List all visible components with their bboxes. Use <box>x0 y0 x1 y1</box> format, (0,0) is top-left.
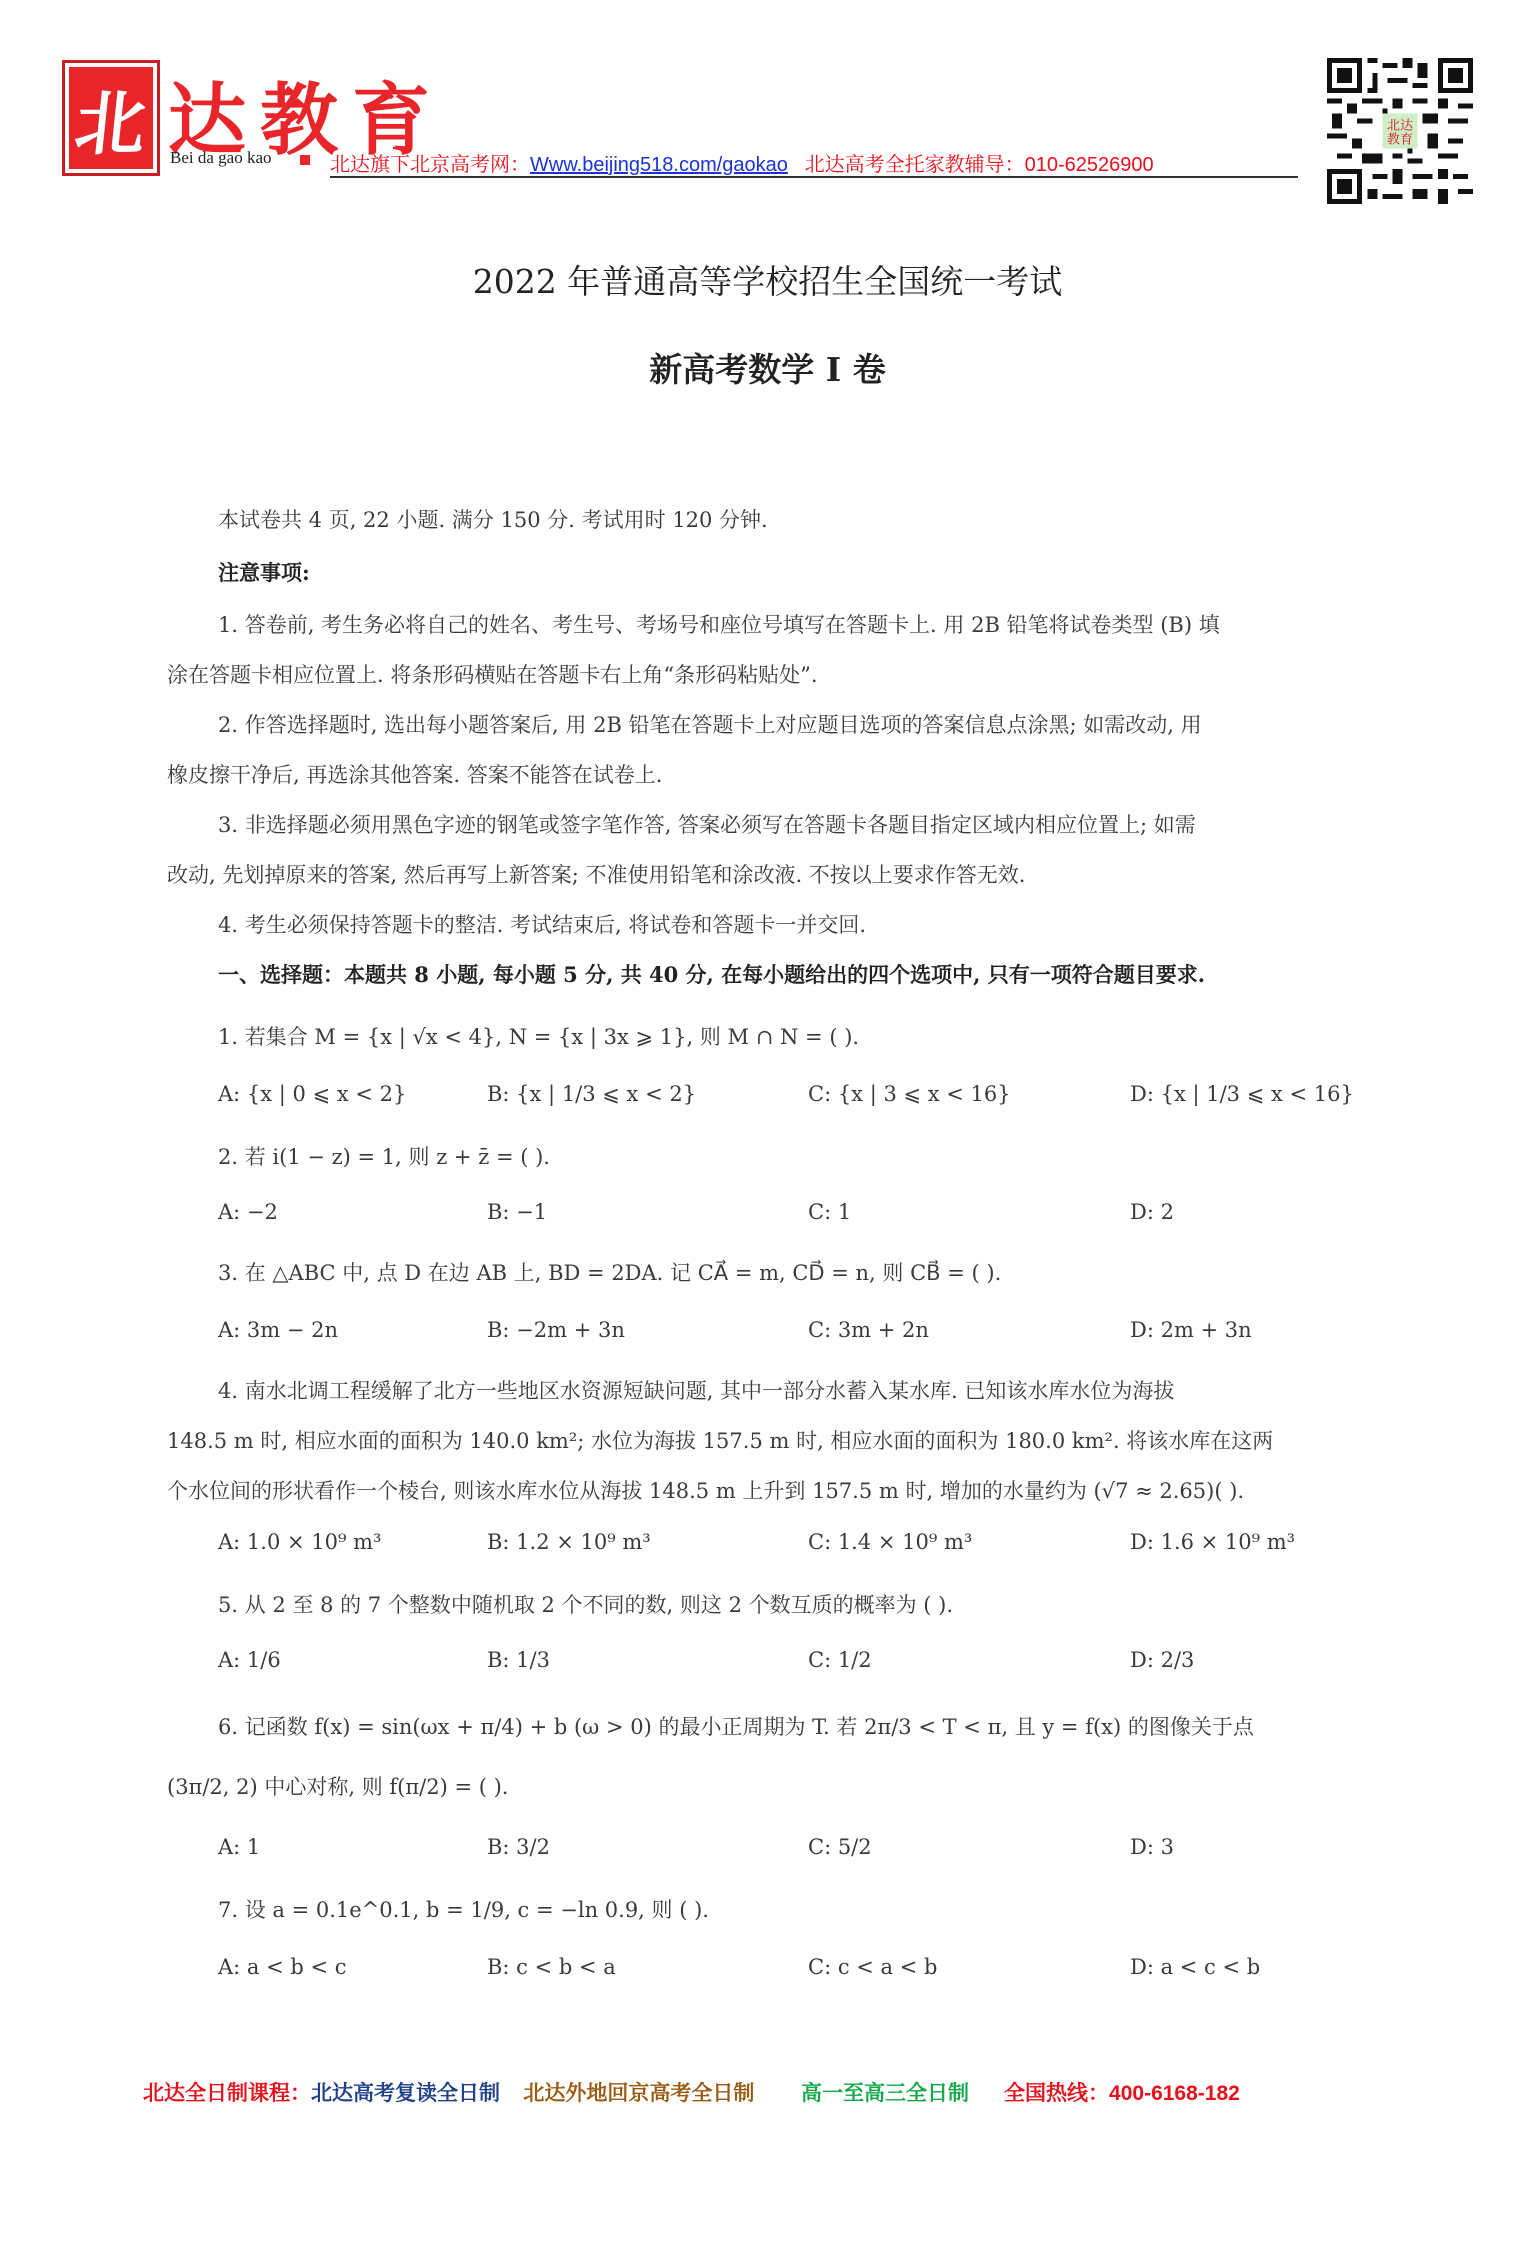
question-5-option-a: A: 1/6 <box>218 1648 281 1672</box>
question-3-option-c: C: 3m + 2n <box>808 1318 929 1342</box>
logo-seal: 北 <box>62 60 160 176</box>
svg-text:教育: 教育 <box>1387 131 1413 148</box>
note-2-line-1: 2. 作答选择题时, 选出每小题答案后, 用 2B 铅笔在答题卡上对应题目选项的… <box>218 710 1202 740</box>
question-1-option-b: B: {x | 1/3 ⩽ x < 2} <box>487 1082 696 1106</box>
note-1-line-2: 涂在答题卡相应位置上. 将条形码横贴在答题卡右上角“条形码粘贴处”. <box>167 660 818 690</box>
bullet-square-icon <box>300 155 310 165</box>
question-4-option-c: C: 1.4 × 10⁹ m³ <box>808 1530 972 1554</box>
question-7-option-c: C: c < a < b <box>808 1955 937 1979</box>
question-3-stem: 3. 在 △ABC 中, 点 D 在边 AB 上, BD = 2DA. 记 CA… <box>218 1258 1001 1288</box>
footer-ad: 北达全日制课程：北达高考复读全日制 北达外地回京高考全日制 高一至高三全日制 全… <box>143 2077 1240 2107</box>
question-3-option-d: D: 2m + 3n <box>1130 1318 1252 1342</box>
site-label: 北达旗下北京高考网： <box>330 154 530 176</box>
exam-subtitle: 新高考数学 I 卷 <box>0 344 1535 391</box>
question-4-option-b: B: 1.2 × 10⁹ m³ <box>487 1530 651 1554</box>
logo-seal-char: 北 <box>71 68 152 169</box>
question-6-stem-line-1: 6. 记函数 f(x) = sin(ωx + π/4) + b (ω > 0) … <box>218 1712 1254 1742</box>
footer-item-repeat: 北达高考复读全日制 <box>311 2082 500 2105</box>
question-7-option-d: D: a < c < b <box>1130 1955 1260 1979</box>
note-2-line-2: 橡皮擦干净后, 再选涂其他答案. 答案不能答在试卷上. <box>167 760 662 790</box>
question-5-option-b: B: 1/3 <box>487 1648 550 1672</box>
logo-subtitle: Bei da gao kao <box>170 148 272 168</box>
section-heading: 一、选择题：本题共 8 小题, 每小题 5 分, 共 40 分, 在每小题给出的… <box>218 960 1205 990</box>
question-1-stem: 1. 若集合 M = {x | √x < 4}, N = {x | 3x ⩾ 1… <box>218 1022 859 1052</box>
question-7-option-a: A: a < b < c <box>218 1955 347 1979</box>
svg-text:北达: 北达 <box>1387 116 1414 133</box>
question-1-option-a: A: {x | 0 ⩽ x < 2} <box>218 1082 406 1106</box>
question-2-option-b: B: −1 <box>487 1200 547 1224</box>
question-3-option-b: B: −2m + 3n <box>487 1318 625 1342</box>
note-1-line-1: 1. 答卷前, 考生务必将自己的姓名、考生号、考场号和座位号填写在答题卡上. 用… <box>218 610 1220 640</box>
site-link[interactable]: Www.beijing518.com/gaokao <box>530 154 788 176</box>
exam-intro: 本试卷共 4 页, 22 小题. 满分 150 分. 考试用时 120 分钟. <box>218 505 768 535</box>
question-6-option-c: C: 5/2 <box>808 1835 872 1859</box>
question-6-option-d: D: 3 <box>1130 1835 1174 1859</box>
question-7-option-b: B: c < b < a <box>487 1955 616 1979</box>
footer-hotline: 全国热线：400-6168-182 <box>1004 2082 1240 2105</box>
question-7-stem: 7. 设 a = 0.1e^0.1, b = 1/9, c = −ln 0.9,… <box>218 1895 709 1925</box>
tutor-info: 北达高考全托家教辅导：010-62526900 <box>805 154 1154 176</box>
question-2-stem: 2. 若 i(1 − z) = 1, 则 z + z̄ = ( ). <box>218 1142 550 1172</box>
question-2-option-a: A: −2 <box>218 1200 278 1224</box>
footer-item-return: 北达外地回京高考全日制 <box>523 2082 754 2105</box>
exam-title: 2022 年普通高等学校招生全国统一考试 <box>0 256 1535 303</box>
note-4: 4. 考生必须保持答题卡的整洁. 考试结束后, 将试卷和答题卡一并交回. <box>218 910 866 940</box>
question-5-option-d: D: 2/3 <box>1130 1648 1194 1672</box>
question-1-option-c: C: {x | 3 ⩽ x < 16} <box>808 1082 1011 1106</box>
header-divider <box>330 176 1298 178</box>
question-6-option-a: A: 1 <box>218 1835 260 1859</box>
question-4-stem-line-3: 个水位间的形状看作一个棱台, 则该水库水位从海拔 148.5 m 上升到 157… <box>167 1476 1244 1506</box>
qr-code-icon: 北达 教育 <box>1327 58 1473 204</box>
question-2-option-d: D: 2 <box>1130 1200 1174 1224</box>
question-5-option-c: C: 1/2 <box>808 1648 872 1672</box>
question-4-stem-line-2: 148.5 m 时, 相应水面的面积为 140.0 km²; 水位为海拔 157… <box>167 1426 1273 1456</box>
footer-label: 北达全日制课程： <box>143 2082 311 2105</box>
question-4-stem-line-1: 4. 南水北调工程缓解了北方一些地区水资源短缺问题, 其中一部分水蓄入某水库. … <box>218 1376 1174 1406</box>
question-6-stem-line-2: (3π/2, 2) 中心对称, 则 f(π/2) = ( ). <box>167 1772 508 1802</box>
question-4-option-a: A: 1.0 × 10⁹ m³ <box>218 1530 381 1554</box>
question-5-stem: 5. 从 2 至 8 的 7 个整数中随机取 2 个不同的数, 则这 2 个数互… <box>218 1590 953 1620</box>
header-info: 北达旗下北京高考网：Www.beijing518.com/gaokao 北达高考… <box>330 148 1154 177</box>
notes-heading: 注意事项: <box>218 558 310 588</box>
question-6-option-b: B: 3/2 <box>487 1835 550 1859</box>
question-1-option-d: D: {x | 1/3 ⩽ x < 16} <box>1130 1082 1354 1106</box>
question-4-option-d: D: 1.6 × 10⁹ m³ <box>1130 1530 1295 1554</box>
note-3-line-1: 3. 非选择题必须用黑色字迹的钢笔或签字笔作答, 答案必须写在答题卡各题目指定区… <box>218 810 1196 840</box>
footer-item-grades: 高一至高三全日制 <box>801 2082 969 2105</box>
question-3-option-a: A: 3m − 2n <box>218 1318 338 1342</box>
question-2-option-c: C: 1 <box>808 1200 851 1224</box>
note-3-line-2: 改动, 先划掉原来的答案, 然后再写上新答案; 不准使用铅笔和涂改液. 不按以上… <box>167 860 1025 890</box>
